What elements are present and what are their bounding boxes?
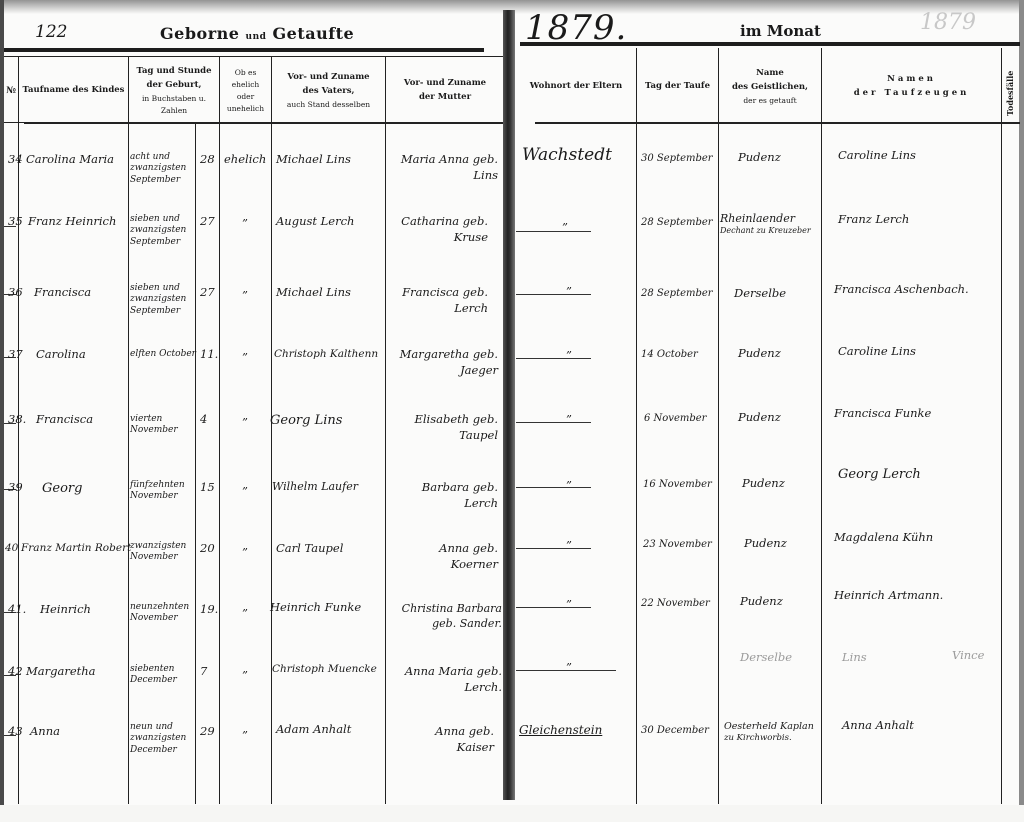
header-top-line-left xyxy=(4,56,504,57)
mother-line: Anna geb. xyxy=(388,541,498,557)
clergy-name: Pudenz xyxy=(744,536,787,552)
clergy-line: Rheinlaender xyxy=(720,212,811,226)
mother-name: Margaretha geb. Jaeger xyxy=(388,347,498,378)
child-name: Anna xyxy=(30,724,60,740)
header-child-name: Taufname des Kindes xyxy=(19,60,128,122)
header-baptism-day: Tag der Taufe xyxy=(637,52,718,122)
header-bottom-line-left-2 xyxy=(24,122,504,124)
baptism-date: 30 September xyxy=(641,152,713,166)
mother-name: Maria Anna geb. Lins xyxy=(388,152,498,183)
mother-name: Elisabeth geb. Taupel xyxy=(388,412,498,443)
residence: ” xyxy=(566,348,572,364)
birth-day: 4 xyxy=(200,412,207,428)
mother-line: Kaiser xyxy=(388,740,494,756)
mother-line: Barbara geb. xyxy=(388,480,498,496)
col-divider xyxy=(128,56,129,804)
mother-line: geb. Sander. xyxy=(388,617,502,632)
sponsor-name: Heinrich Artmann. xyxy=(834,588,943,604)
birth-word: fünfzehnten xyxy=(130,480,185,491)
child-name: Carolina Maria xyxy=(26,152,114,168)
legitimacy: ” xyxy=(242,350,248,366)
entry-number: 40 xyxy=(5,541,18,555)
baptism-date: 6 November xyxy=(644,412,706,426)
birth-word: September xyxy=(130,306,186,317)
residence: ” xyxy=(566,284,572,300)
birth-words: sieben und zwanzigsten September xyxy=(130,283,186,317)
residence: ” xyxy=(566,538,572,554)
header-text: Ob es ehelich xyxy=(220,67,271,91)
sponsor-name: Francisca Aschenbach. xyxy=(834,282,969,298)
faint-extra-bleedthrough: Vince xyxy=(952,648,984,664)
birth-word: elften October xyxy=(130,349,196,360)
child-name: Franz Martin Robert xyxy=(21,541,131,555)
birth-day: 19. xyxy=(200,602,218,618)
child-name: Heinrich xyxy=(40,602,91,618)
mother-line: Jaeger xyxy=(388,363,498,379)
row-dash xyxy=(516,294,591,295)
row-dash xyxy=(516,607,591,608)
mother-name: Catharina geb. Kruse xyxy=(388,214,488,245)
residence: ” xyxy=(562,220,568,236)
residence: ” xyxy=(566,660,572,676)
birth-day: 7 xyxy=(200,664,207,680)
birth-word: vierten xyxy=(130,414,178,425)
father-name: Adam Anhalt xyxy=(276,722,351,738)
mother-line: Catharina geb. xyxy=(388,214,488,230)
baptism-date: 16 November xyxy=(643,478,712,492)
scan-right-edge xyxy=(1019,0,1024,805)
col-divider xyxy=(219,56,220,804)
title-word-getaufte: Getaufte xyxy=(273,24,355,43)
header-clergy: Name des Geistlichen, der es getauft xyxy=(719,52,821,122)
entry-number: 34 xyxy=(8,152,23,168)
header-legitimacy: Ob es ehelich oder unehelich xyxy=(220,60,271,122)
header-father: Vor- und Zuname des Vaters, auch Stand d… xyxy=(272,60,385,122)
birth-word: zwanzigsten xyxy=(130,541,186,552)
entry-number: 35 xyxy=(8,214,23,230)
mother-line: Lerch xyxy=(388,301,488,317)
father-name: Heinrich Funke xyxy=(270,600,361,616)
mother-line: Christina Barbara xyxy=(388,602,502,617)
birth-word: siebenten xyxy=(130,664,177,675)
father-name: Christoph Kalthenn xyxy=(274,347,378,361)
birth-day: 28 xyxy=(200,152,215,168)
clergy-name: Derselbe xyxy=(734,286,786,302)
child-name: Francisca xyxy=(36,412,93,428)
entry-number: 37 xyxy=(8,347,23,363)
mother-line: Francisca geb. xyxy=(388,285,488,301)
legitimacy: ” xyxy=(242,545,248,561)
mother-name: Christina Barbara geb. Sander. xyxy=(388,602,502,632)
header-text: des Geistlichen, xyxy=(732,81,808,95)
birth-word: sieben und xyxy=(130,283,186,294)
legitimacy: ehelich xyxy=(224,152,266,168)
clergy-name: Pudenz xyxy=(742,476,785,492)
mother-name: Francisca geb. Lerch xyxy=(388,285,488,316)
faint-clergy-bleedthrough: Derselbe xyxy=(740,650,792,666)
mother-line: Koerner xyxy=(388,557,498,573)
baptism-date: 23 November xyxy=(643,538,712,552)
birth-word: November xyxy=(130,425,178,436)
mother-line: Elisabeth geb. xyxy=(388,412,498,428)
birth-day: 29 xyxy=(200,724,215,740)
birth-word: neunzehnten xyxy=(130,602,189,613)
child-name: Franz Heinrich xyxy=(28,214,116,230)
father-name: Carl Taupel xyxy=(276,541,343,557)
birth-day: 11. xyxy=(200,347,218,363)
header-sponsors: Namen der Taufzeugen xyxy=(822,52,1001,122)
clergy-name: Pudenz xyxy=(740,594,783,610)
residence: Wachstedt xyxy=(522,144,612,167)
col-divider xyxy=(18,56,19,804)
birth-words: sieben und zwanzigsten September xyxy=(130,214,186,248)
birth-words: zwanzigsten November xyxy=(130,541,186,564)
mother-line: Taupel xyxy=(388,428,498,444)
father-name: Christoph Muencke xyxy=(272,662,377,676)
title-word-geborne: Geborne xyxy=(160,24,239,43)
baptism-date: 28 September xyxy=(641,287,713,301)
header-number: № xyxy=(4,60,18,122)
birth-word: zwanzigsten xyxy=(130,225,186,236)
mother-line: Lins xyxy=(388,168,498,184)
page-number: 122 xyxy=(35,22,67,42)
header-text: Vor- und Zuname xyxy=(404,77,486,91)
title-word-und: und xyxy=(246,32,267,42)
header-birth-day-hour: Tag und Stunde der Geburt, in Buchstaben… xyxy=(129,60,219,122)
header-mother: Vor- und Zuname der Mutter xyxy=(386,60,504,122)
birth-word: December xyxy=(130,745,186,756)
row-dash xyxy=(516,548,591,549)
header-text: Tag und Stunde xyxy=(137,65,212,79)
mother-line: Anna Maria geb. xyxy=(388,664,502,680)
birth-word: November xyxy=(130,491,185,502)
entry-number: 36 xyxy=(8,285,23,301)
book-spine xyxy=(503,10,515,800)
mother-name: Anna geb. Kaiser xyxy=(388,724,494,755)
birth-day: 27 xyxy=(200,214,215,230)
residence: ” xyxy=(566,412,572,428)
header-text: der Taufzeugen xyxy=(854,87,970,101)
header-rule-left xyxy=(4,48,484,52)
mother-name: Anna geb. Koerner xyxy=(388,541,498,572)
birth-words: acht und zwanzigsten September xyxy=(130,152,186,186)
birth-word: sieben und xyxy=(130,214,186,225)
header-residence: Wohnort der Eltern xyxy=(516,52,636,122)
clergy-name: Pudenz xyxy=(738,150,781,166)
father-name: Georg Lins xyxy=(270,412,342,430)
birth-word: November xyxy=(130,552,186,563)
header-text: Name xyxy=(756,67,784,81)
mother-line: Lerch xyxy=(388,496,498,512)
row-dash xyxy=(516,487,591,488)
father-name: August Lerch xyxy=(276,214,354,230)
legitimacy: ” xyxy=(242,216,248,232)
child-name: Francisca xyxy=(34,285,91,301)
legitimacy: ” xyxy=(242,668,248,684)
residence: Gleichenstein xyxy=(519,722,602,738)
residence: ” xyxy=(566,597,572,613)
baptism-date: 28 September xyxy=(641,216,713,230)
legitimacy: ” xyxy=(242,606,248,622)
sponsor-name: Caroline Lins xyxy=(838,344,916,360)
father-name: Wilhelm Laufer xyxy=(272,480,358,495)
entry-number: 41. xyxy=(8,602,26,618)
father-name: Michael Lins xyxy=(276,285,351,301)
child-name: Carolina xyxy=(36,347,86,363)
birth-word: December xyxy=(130,675,177,686)
clergy-line: Oesterheld Kaplan xyxy=(724,721,814,733)
col-divider xyxy=(271,56,272,804)
header-text: des Vaters, xyxy=(303,85,355,99)
row-dash xyxy=(516,422,591,423)
baptism-date: 30 December xyxy=(641,724,709,738)
mother-line: Margaretha geb. xyxy=(388,347,498,363)
col-divider xyxy=(1001,48,1002,804)
legitimacy: ” xyxy=(242,288,248,304)
header-text: auch Stand desselben xyxy=(287,99,370,111)
residence: ” xyxy=(566,478,572,494)
child-name: Georg xyxy=(42,480,82,498)
sponsor-name: Franz Lerch xyxy=(838,212,909,228)
clergy-line: Dechant zu Kreuzeber xyxy=(720,226,811,236)
row-dash xyxy=(516,231,591,232)
header-text: Wohnort der Eltern xyxy=(530,80,622,94)
birth-words: siebenten December xyxy=(130,664,177,687)
col-divider xyxy=(821,48,822,804)
birth-day: 27 xyxy=(200,285,215,301)
mother-name: Barbara geb. Lerch xyxy=(388,480,498,511)
header-text: Vor- und Zuname xyxy=(287,71,369,85)
birth-word: November xyxy=(130,613,189,624)
clergy-name: Pudenz xyxy=(738,346,781,362)
mother-name: Anna Maria geb. Lerch. xyxy=(388,664,502,695)
header-text: Tag der Taufe xyxy=(645,80,710,94)
entry-number: 39 xyxy=(8,480,23,496)
page-title: Geborne und Getaufte xyxy=(160,24,354,43)
col-divider xyxy=(636,48,637,804)
scan-bottom-margin xyxy=(0,805,1024,822)
birth-word: neun und xyxy=(130,722,186,733)
header-text: Namen xyxy=(887,73,936,87)
col-divider xyxy=(718,48,719,804)
baptism-date: 22 November xyxy=(641,597,710,611)
sponsor-name: Anna Anhalt xyxy=(842,718,914,734)
birth-word: zwanzigsten xyxy=(130,294,186,305)
birth-words: elften October xyxy=(130,349,196,360)
legitimacy: ” xyxy=(242,728,248,744)
birth-word: zwanzigsten xyxy=(130,163,186,174)
clergy-name: Pudenz xyxy=(738,410,781,426)
month-label: im Monat xyxy=(740,22,821,40)
sponsor-name: Magdalena Kühn xyxy=(834,530,933,546)
entry-number: 42 xyxy=(8,664,23,680)
row-dash xyxy=(516,358,591,359)
birth-words: neun und zwanzigsten December xyxy=(130,722,186,756)
header-text: der es getauft xyxy=(743,95,796,107)
header-rule-right xyxy=(520,42,1020,46)
mother-line: Lerch. xyxy=(388,680,502,696)
header-remarks: Todesfälle xyxy=(1005,56,1015,116)
header-text: der Geburt, xyxy=(147,79,202,93)
mother-line: Maria Anna geb. xyxy=(388,152,498,168)
birth-word: zwanzigsten xyxy=(130,733,186,744)
clergy-name: Rheinlaender Dechant zu Kreuzeber xyxy=(720,212,811,236)
birth-day: 20 xyxy=(200,541,215,557)
header-text: in Buchstaben u. Zahlen xyxy=(129,93,219,117)
sponsor-name: Caroline Lins xyxy=(838,148,916,164)
legitimacy: ” xyxy=(242,415,248,431)
entry-number: 43 xyxy=(8,724,23,740)
clergy-line: zu Kirchworbis. xyxy=(724,733,814,744)
col-divider xyxy=(385,56,386,804)
clergy-name: Oesterheld Kaplan zu Kirchworbis. xyxy=(724,721,814,744)
header-text: der Mutter xyxy=(419,91,471,105)
sponsor-name: Georg Lerch xyxy=(838,466,921,484)
col-divider xyxy=(195,124,196,804)
faint-sponsor-bleedthrough: Lins xyxy=(842,650,867,666)
birth-word: acht und xyxy=(130,152,186,163)
birth-words: fünfzehnten November xyxy=(130,480,185,503)
mother-line: Kruse xyxy=(388,230,488,246)
header-text: oder unehelich xyxy=(220,91,271,115)
birth-day: 15 xyxy=(200,480,215,496)
sponsor-name: Francisca Funke xyxy=(834,406,931,422)
birth-word: September xyxy=(130,175,186,186)
legitimacy: ” xyxy=(242,484,248,500)
header-text: Taufname des Kindes xyxy=(23,84,125,98)
faint-year-bleedthrough: 1879 xyxy=(920,10,976,35)
child-name: Margaretha xyxy=(26,664,96,680)
entry-number: 38. xyxy=(8,412,26,428)
baptism-date: 14 October xyxy=(641,348,698,362)
mother-line: Anna geb. xyxy=(388,724,494,740)
birth-words: neunzehnten November xyxy=(130,602,189,625)
father-name: Michael Lins xyxy=(276,152,351,168)
birth-word: September xyxy=(130,237,186,248)
birth-words: vierten November xyxy=(130,414,178,437)
header-bottom-line-right xyxy=(535,122,1020,124)
